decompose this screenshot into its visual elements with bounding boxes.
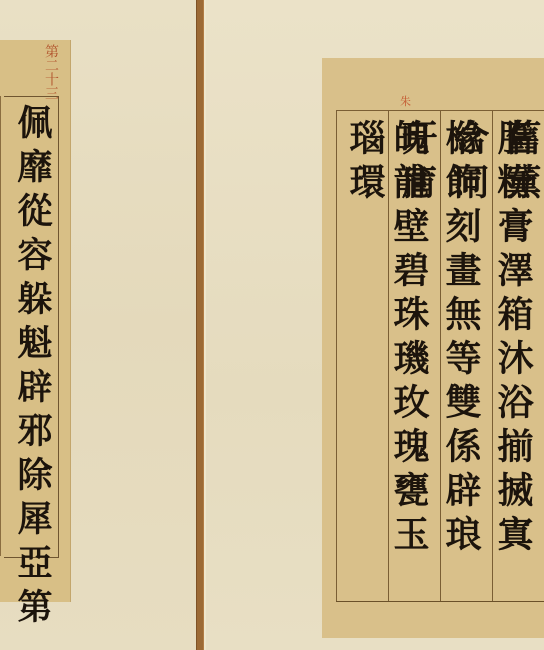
- left-text-column: 佩靡從容躲魁辟邪除犀亞第: [10, 104, 54, 632]
- column-3: 櫞飾刻畫無等雙係辟琅玕庯: [388, 111, 441, 601]
- column-rule: [0, 96, 1, 556]
- brocade-border-stripe: [196, 0, 204, 650]
- column-1: 條漬縱鏡繖梳比各異工舊薰: [492, 111, 544, 601]
- column-4: 魄龍壁碧珠璣玫瑰甕玉瑙環: [336, 111, 389, 601]
- text-column-1: 條漬縱鏡繖梳比各異工舊薰: [499, 119, 544, 601]
- column-grid: 魄龍壁碧珠璣玫瑰甕玉瑙環 櫞飾刻畫無等雙係辟琅玕庯 脂粉膏澤箱沐浴揃搣寘合同 條…: [336, 110, 544, 602]
- right-leaf: 魄龍壁碧珠璣玫瑰甕玉瑙環 櫞飾刻畫無等雙係辟琅玕庯 脂粉膏澤箱沐浴揃搣寘合同 條…: [322, 58, 544, 638]
- red-annotation-mark: 朱: [400, 93, 411, 109]
- column-2: 脂粉膏澤箱沐浴揃搣寘合同: [440, 111, 493, 601]
- page-number: 第二十三: [38, 44, 58, 100]
